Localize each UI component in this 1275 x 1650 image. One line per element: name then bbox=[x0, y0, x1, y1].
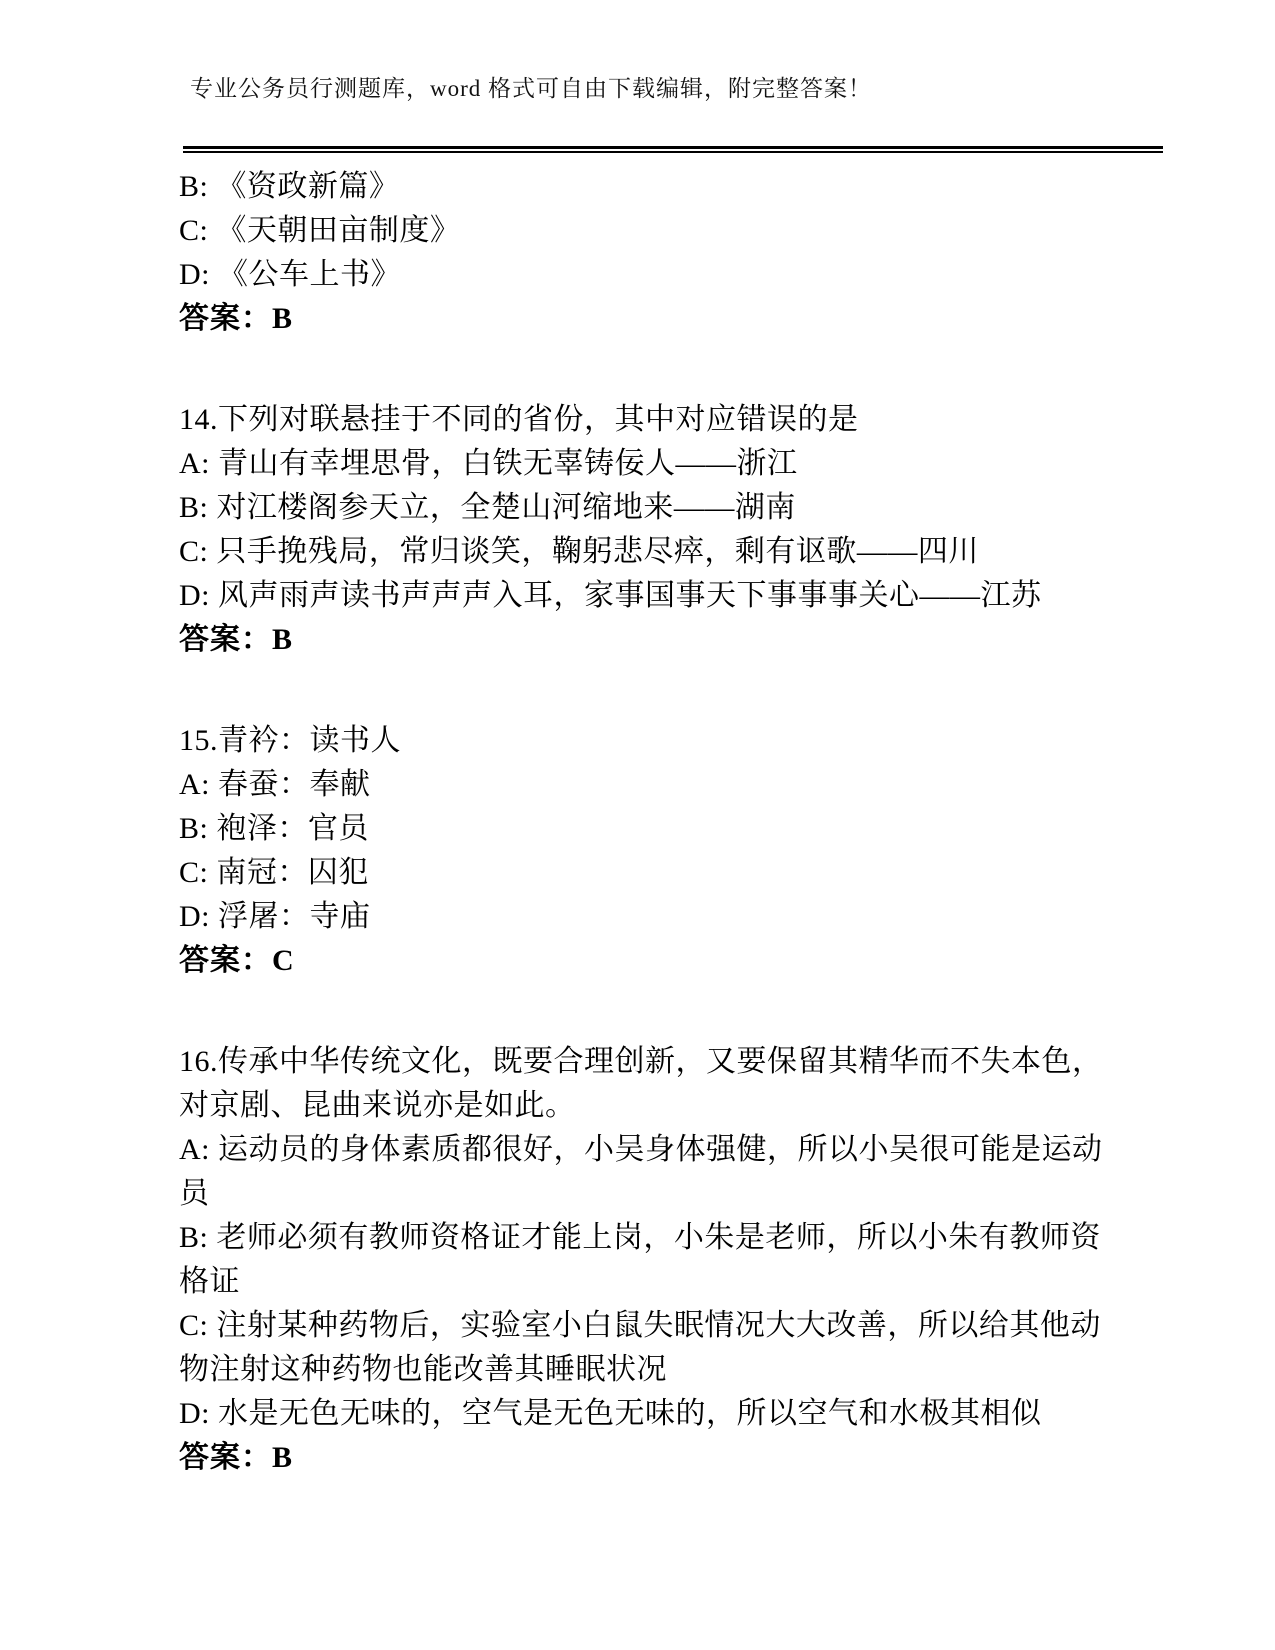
option-line-b: B: 老师必须有教师资格证才能上岗，小朱是老师，所以小朱有教师资 bbox=[179, 1216, 1171, 1260]
document-page: 专业公务员行测题库，word 格式可自由下载编辑，附完整答案！ B: 《资政新篇… bbox=[0, 0, 1275, 1650]
option-line-b-wrap: 格证 bbox=[179, 1260, 1171, 1304]
document-body: B: 《资政新篇》 C: 《天朝田亩制度》 D: 《公车上书》 答案：B 14.… bbox=[179, 165, 1171, 1537]
option-line-c: C: 《天朝田亩制度》 bbox=[179, 209, 1171, 253]
option-line-a: A: 运动员的身体素质都很好，小吴身体强健，所以小吴很可能是运动 bbox=[179, 1128, 1171, 1172]
question-stem-line-1: 16.传承中华传统文化，既要合理创新，又要保留其精华而不失本色， bbox=[179, 1040, 1171, 1084]
option-line-c: C: 只手挽残局，常归谈笑，鞠躬悲尽瘁，剩有讴歌——四川 bbox=[179, 530, 1171, 574]
option-line-c: C: 南冠：囚犯 bbox=[179, 851, 1171, 895]
option-line-a: A: 春蚕：奉献 bbox=[179, 763, 1171, 807]
question-block-13: B: 《资政新篇》 C: 《天朝田亩制度》 D: 《公车上书》 答案：B bbox=[179, 165, 1171, 341]
option-line-d: D: 《公车上书》 bbox=[179, 253, 1171, 297]
option-line-a: A: 青山有幸埋思骨，白铁无辜铸佞人——浙江 bbox=[179, 442, 1171, 486]
answer-line: 答案：B bbox=[179, 1436, 1171, 1480]
option-line-d: D: 风声雨声读书声声声入耳，家事国事天下事事事关心——江苏 bbox=[179, 574, 1171, 618]
question-block-16: 16.传承中华传统文化，既要合理创新，又要保留其精华而不失本色， 对京剧、昆曲来… bbox=[179, 1040, 1171, 1480]
header-note: 专业公务员行测题库，word 格式可自由下载编辑，附完整答案！ bbox=[190, 74, 1170, 104]
option-line-b: B: 《资政新篇》 bbox=[179, 165, 1171, 209]
question-stem: 14.下列对联悬挂于不同的省份，其中对应错误的是 bbox=[179, 398, 1171, 442]
header-divider bbox=[183, 146, 1163, 153]
answer-line: 答案：B bbox=[179, 297, 1171, 341]
question-block-15: 15.青衿：读书人 A: 春蚕：奉献 B: 袍泽：官员 C: 南冠：囚犯 D: … bbox=[179, 719, 1171, 983]
option-line-b: B: 对江楼阁参天立，全楚山河缩地来——湖南 bbox=[179, 486, 1171, 530]
option-line-a-wrap: 员 bbox=[179, 1172, 1171, 1216]
question-stem: 15.青衿：读书人 bbox=[179, 719, 1171, 763]
answer-line: 答案：C bbox=[179, 939, 1171, 983]
question-block-14: 14.下列对联悬挂于不同的省份，其中对应错误的是 A: 青山有幸埋思骨，白铁无辜… bbox=[179, 398, 1171, 662]
answer-line: 答案：B bbox=[179, 618, 1171, 662]
option-line-d: D: 水是无色无味的，空气是无色无味的，所以空气和水极其相似 bbox=[179, 1392, 1171, 1436]
question-stem-line-2: 对京剧、昆曲来说亦是如此。 bbox=[179, 1084, 1171, 1128]
option-line-b: B: 袍泽：官员 bbox=[179, 807, 1171, 851]
option-line-d: D: 浮屠：寺庙 bbox=[179, 895, 1171, 939]
option-line-c: C: 注射某种药物后，实验室小白鼠失眠情况大大改善，所以给其他动 bbox=[179, 1304, 1171, 1348]
option-line-c-wrap: 物注射这种药物也能改善其睡眠状况 bbox=[179, 1348, 1171, 1392]
